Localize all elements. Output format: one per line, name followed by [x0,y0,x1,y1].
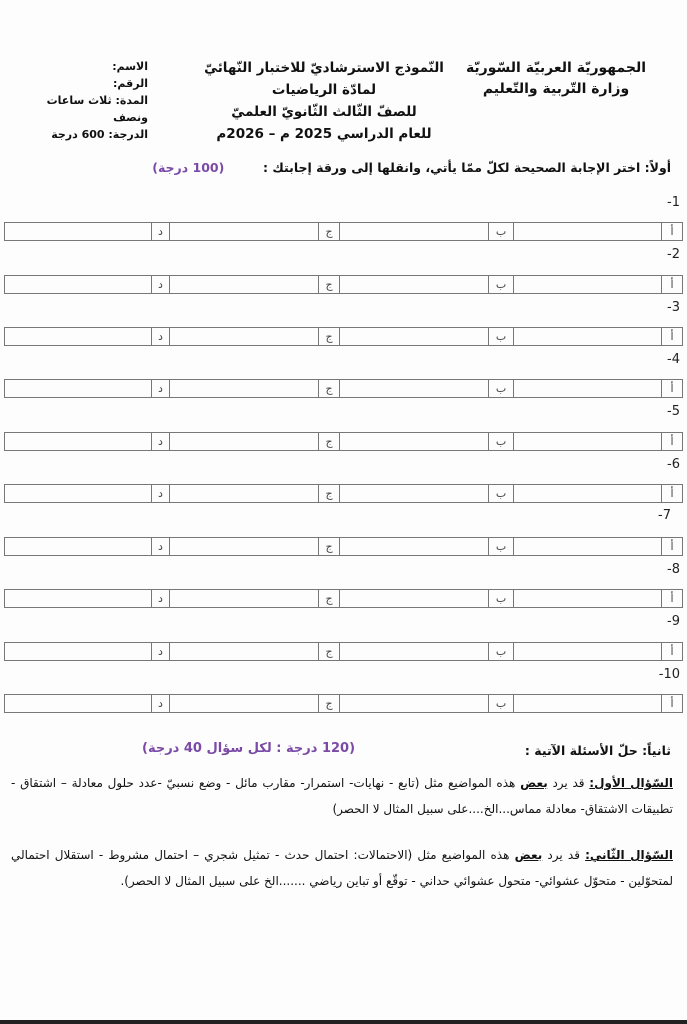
ministry-name: وزارة التّربية والتّعليم [441,79,671,100]
option-answer-cell[interactable] [513,380,661,397]
option-label: أ [661,695,682,712]
question-1-pre: قد يرد [548,776,590,790]
option-answer-cell[interactable] [339,590,488,607]
answer-row: دجبأ [4,327,683,346]
option-label: ج [318,380,339,397]
exam-grade: للصفّ الثّالث الثّانويّ العلميّ [190,101,458,123]
question-number: -10 [659,667,680,682]
option-answer-cell[interactable] [339,380,488,397]
option-answer-cell[interactable] [513,538,661,555]
option-answer-cell[interactable] [169,276,318,293]
option-label: ب [488,590,513,607]
option-label: أ [661,538,682,555]
option-answer-cell[interactable] [169,380,318,397]
option-answer-cell[interactable] [339,433,488,450]
page-bottom-edge [0,1020,687,1024]
option-label: أ [661,485,682,502]
option-answer-cell[interactable] [169,643,318,660]
option-answer-cell[interactable] [339,328,488,345]
option-label: د [151,276,169,293]
option-answer-cell[interactable] [169,328,318,345]
section1-title: أولاً: اختر الإجابة الصحيحة لكلّ ممّا يأ… [263,160,671,175]
option-label: ب [488,380,513,397]
question-number: -1 [667,195,680,210]
question-2-pre: قد يرد [542,848,585,862]
answer-row: دجبأ [4,222,683,241]
option-label: د [151,643,169,660]
option-label: ج [318,433,339,450]
option-label: ج [318,643,339,660]
name-label: الاسم: [8,58,148,75]
option-answer-cell[interactable] [5,538,151,555]
answer-row: دجبأ [4,275,683,294]
question-number: -5 [667,404,680,419]
option-answer-cell[interactable] [339,695,488,712]
option-answer-cell[interactable] [339,276,488,293]
option-answer-cell[interactable] [513,485,661,502]
answer-row: دجبأ [4,432,683,451]
question-1-label: السّؤال الأول: [589,776,673,790]
option-answer-cell[interactable] [513,695,661,712]
option-answer-cell[interactable] [5,695,151,712]
section2-points: (120 درجة : لكل سؤال 40 درجة) [142,741,355,756]
option-label: د [151,538,169,555]
option-label: أ [661,380,682,397]
option-answer-cell[interactable] [339,223,488,240]
question-number: -2 [667,247,680,262]
option-answer-cell[interactable] [5,485,151,502]
option-answer-cell[interactable] [513,590,661,607]
answer-row: دجبأ [4,379,683,398]
option-answer-cell[interactable] [513,223,661,240]
option-label: ج [318,276,339,293]
option-label: د [151,433,169,450]
option-label: أ [661,643,682,660]
option-answer-cell[interactable] [5,276,151,293]
option-label: ج [318,485,339,502]
option-answer-cell[interactable] [5,328,151,345]
ministry-header: الجمهوريّة العربيّة السّوريّة وزارة التّ… [441,58,671,100]
option-label: ج [318,223,339,240]
question-number: -7 [658,508,671,523]
option-label: د [151,328,169,345]
total-marks-label: الدرجة: 600 درجة [8,126,148,143]
question-2-text: السّؤال الثّاني: قد يرد بعض هذه المواضيع… [11,842,673,894]
option-answer-cell[interactable] [169,538,318,555]
student-info: الاسم: الرقم: المدة: ثلاث ساعات ونصف الد… [8,58,148,143]
answer-row: دجبأ [4,537,683,556]
option-label: ب [488,643,513,660]
option-label: ب [488,223,513,240]
option-answer-cell[interactable] [169,590,318,607]
question-1-emphasis: بعض [520,776,548,790]
option-label: أ [661,223,682,240]
exam-title-block: النّموذج الاسترشاديّ للاختبار النّهائيّ … [190,57,458,145]
option-answer-cell[interactable] [169,485,318,502]
option-label: أ [661,433,682,450]
option-label: أ [661,590,682,607]
exam-year: للعام الدراسي 2025 م – 2026م [190,123,458,145]
answer-row: دجبأ [4,694,683,713]
number-label: الرقم: [8,75,148,92]
option-label: ب [488,695,513,712]
section1-heading: أولاً: اختر الإجابة الصحيحة لكلّ ممّا يأ… [152,160,671,175]
option-answer-cell[interactable] [5,380,151,397]
option-answer-cell[interactable] [5,223,151,240]
option-answer-cell[interactable] [169,223,318,240]
option-answer-cell[interactable] [339,485,488,502]
option-label: د [151,380,169,397]
question-number: -6 [667,457,680,472]
option-answer-cell[interactable] [5,590,151,607]
answer-row: دجبأ [4,642,683,661]
option-label: ب [488,538,513,555]
answer-row: دجبأ [4,484,683,503]
option-label: ب [488,433,513,450]
question-2-label: السّؤال الثّاني: [585,848,673,862]
option-label: د [151,590,169,607]
option-answer-cell[interactable] [5,433,151,450]
option-label: ب [488,276,513,293]
question-number: -8 [667,562,680,577]
option-label: د [151,485,169,502]
option-answer-cell[interactable] [513,643,661,660]
option-answer-cell[interactable] [513,276,661,293]
question-1-text: السّؤال الأول: قد يرد بعض هذه المواضيع م… [11,770,673,822]
option-answer-cell[interactable] [5,643,151,660]
question-2-emphasis: بعض [515,848,543,862]
option-label: ب [488,328,513,345]
country-name: الجمهوريّة العربيّة السّوريّة [441,58,671,79]
question-number: -3 [667,300,680,315]
option-label: ج [318,695,339,712]
option-label: ج [318,328,339,345]
section2-title: ثانياً: حلّ الأسئلة الآتية : [525,743,671,758]
option-answer-cell[interactable] [339,643,488,660]
duration-label: المدة: ثلاث ساعات ونصف [8,92,148,126]
option-answer-cell[interactable] [169,433,318,450]
option-label: أ [661,328,682,345]
option-label: د [151,695,169,712]
exam-title: النّموذج الاسترشاديّ للاختبار النّهائيّ … [190,57,458,101]
answer-row: دجبأ [4,589,683,608]
option-answer-cell[interactable] [513,433,661,450]
option-label: ج [318,590,339,607]
option-answer-cell[interactable] [513,328,661,345]
option-label: ب [488,485,513,502]
option-label: ج [318,538,339,555]
option-label: أ [661,276,682,293]
section1-points: (100 درجة) [152,160,224,175]
option-label: د [151,223,169,240]
question-number: -4 [667,352,680,367]
option-answer-cell[interactable] [169,695,318,712]
question-number: -9 [667,614,680,629]
option-answer-cell[interactable] [339,538,488,555]
